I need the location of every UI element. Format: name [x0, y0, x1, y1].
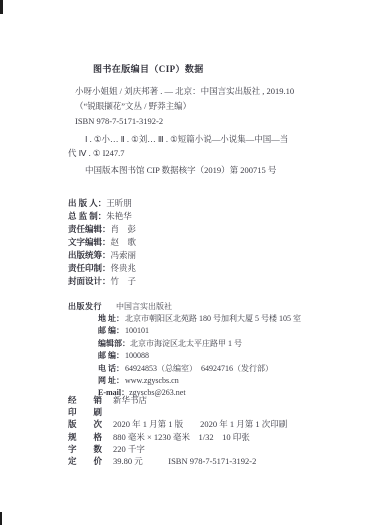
contact-value: 北京市海淀区北太平庄路甲 1 号 — [130, 339, 242, 348]
contact-label: 网 址： — [98, 375, 125, 387]
staff-role-label: 封面设计： — [68, 276, 111, 286]
print-info-value: 新华书店 — [113, 395, 147, 405]
staff-role-label: 总 监 制： — [68, 211, 106, 221]
contact-label: 编辑部： — [98, 338, 130, 350]
publisher-row: 出版发行中国言实出版社 — [68, 300, 301, 313]
contact-value: 100101 — [125, 326, 149, 335]
staff-role-label: 文字编辑： — [68, 237, 111, 247]
publisher-section: 出版发行中国言实出版社 地 址：北京市朝阳区北苑路 180 号加利大厦 5 号楼… — [68, 300, 301, 400]
print-info-value: 880 毫米 × 1230 毫米 1/32 10 印张 — [113, 432, 250, 442]
copyright-page: 图书在版编目（CIP）数据 小呀小姐姐 / 刘庆邦著 . — 北京：中国言实出版… — [0, 0, 375, 525]
cip-desc-line-3: ISBN 978-7-5171-3192-2 — [75, 114, 327, 129]
print-info-value: 220 千字 — [113, 444, 145, 454]
staff-role-label: 责任印制： — [68, 263, 111, 273]
contact-value: 64924853（总编室） 64924716（发行部） — [125, 364, 273, 373]
cip-classification: Ⅰ . ①小… Ⅱ . ①刘… Ⅲ . ①短篇小说—小说集—中国—当 代 Ⅳ .… — [68, 132, 324, 160]
contact-row: 编辑部：北京市海淀区北太平庄路甲 1 号 — [98, 338, 301, 350]
print-info-label: 定 价 — [68, 455, 113, 467]
contact-row: 邮 编：100088 — [98, 350, 301, 362]
publisher-contact-list: 地 址：北京市朝阳区北苑路 180 号加利大厦 5 号楼 105 室 邮 编：1… — [98, 313, 301, 400]
publisher-name: 中国言实出版社 — [116, 302, 172, 311]
print-info-value: 2020 年 1 月第 1 版 2020 年 1 月第 1 次印刷 — [113, 419, 287, 429]
staff-name: 王昕朋 — [106, 198, 132, 208]
print-info-label: 规 格 — [68, 431, 113, 443]
scan-edge-mark-top — [0, 0, 3, 14]
staff-role-label: 出 版 人： — [68, 198, 106, 208]
contact-label: 地 址： — [98, 313, 125, 325]
cip-desc-line-1: 小呀小姐姐 / 刘庆邦著 . — 北京：中国言实出版社 , 2019.10 — [75, 84, 327, 99]
print-info-value: 39.80 元 ISBN 978-7-5171-3192-2 — [113, 456, 256, 466]
print-info-row: 规 格880 毫米 × 1230 毫米 1/32 10 印张 — [68, 431, 287, 443]
staff-credits: 出 版 人：王昕朋 总 监 制：朱艳华 责任编辑：肖 彭 文字编辑：赵 歌 出版… — [68, 197, 136, 288]
print-info-row: 定 价39.80 元 ISBN 978-7-5171-3192-2 — [68, 455, 287, 467]
staff-role-label: 出版统筹： — [68, 250, 111, 260]
print-info-row: 经 销新华书店 — [68, 394, 287, 406]
staff-row: 责任印制：佟贵兆 — [68, 262, 136, 275]
contact-row: 邮 编：100101 — [98, 325, 301, 337]
contact-row: 电 话：64924853（总编室） 64924716（发行部） — [98, 363, 301, 375]
staff-row: 文字编辑：赵 歌 — [68, 236, 136, 249]
print-info-section: 经 销新华书店 印 刷 版 次2020 年 1 月第 1 版 2020 年 1 … — [68, 394, 287, 467]
staff-row: 出版统筹：冯索丽 — [68, 249, 136, 262]
staff-name: 冯索丽 — [111, 250, 137, 260]
print-info-row: 字 数220 千字 — [68, 443, 287, 455]
staff-row: 总 监 制：朱艳华 — [68, 210, 136, 223]
contact-row: 地 址：北京市朝阳区北苑路 180 号加利大厦 5 号楼 105 室 — [98, 313, 301, 325]
staff-row: 封面设计：竹 子 — [68, 275, 136, 288]
staff-name: 竹 子 — [111, 276, 137, 286]
cip-desc-line-2: （“锐眼撷花”文丛 / 野莽主编） — [75, 99, 327, 114]
contact-value: www.zgyscbs.cn — [125, 376, 179, 385]
cip-header: 图书在版编目（CIP）数据 — [93, 62, 204, 75]
print-info-label: 经 销 — [68, 394, 113, 406]
staff-row: 责任编辑：肖 彭 — [68, 223, 136, 236]
contact-label: 电 话： — [98, 363, 125, 375]
contact-row: 网 址：www.zgyscbs.cn — [98, 375, 301, 387]
staff-name: 肖 彭 — [111, 224, 137, 234]
staff-name: 佟贵兆 — [111, 263, 137, 273]
staff-row: 出 版 人：王昕朋 — [68, 197, 136, 210]
staff-role-label: 责任编辑： — [68, 224, 111, 234]
print-info-label: 印 刷 — [68, 406, 113, 418]
cip-class-line-2: 代 Ⅳ . ① I247.7 — [68, 146, 324, 160]
staff-name: 赵 歌 — [111, 237, 137, 247]
cip-record-number: 中国版本图书馆 CIP 数据核字（2019）第 200715 号 — [85, 164, 337, 176]
cip-description: 小呀小姐姐 / 刘庆邦著 . — 北京：中国言实出版社 , 2019.10 （“… — [75, 84, 327, 129]
print-info-label: 字 数 — [68, 443, 113, 455]
publisher-label: 出版发行 — [68, 302, 102, 311]
contact-value: 100088 — [125, 351, 149, 360]
contact-value: 北京市朝阳区北苑路 180 号加利大厦 5 号楼 105 室 — [125, 314, 301, 323]
scan-edge-mark-bottom — [0, 512, 2, 525]
staff-name: 朱艳华 — [106, 211, 132, 221]
print-info-label: 版 次 — [68, 418, 113, 430]
cip-class-line-1: Ⅰ . ①小… Ⅱ . ①刘… Ⅲ . ①短篇小说—小说集—中国—当 — [68, 132, 324, 146]
contact-label: 邮 编： — [98, 325, 125, 337]
print-info-row: 版 次2020 年 1 月第 1 版 2020 年 1 月第 1 次印刷 — [68, 418, 287, 430]
contact-label: 邮 编： — [98, 350, 125, 362]
print-info-row: 印 刷 — [68, 406, 287, 418]
